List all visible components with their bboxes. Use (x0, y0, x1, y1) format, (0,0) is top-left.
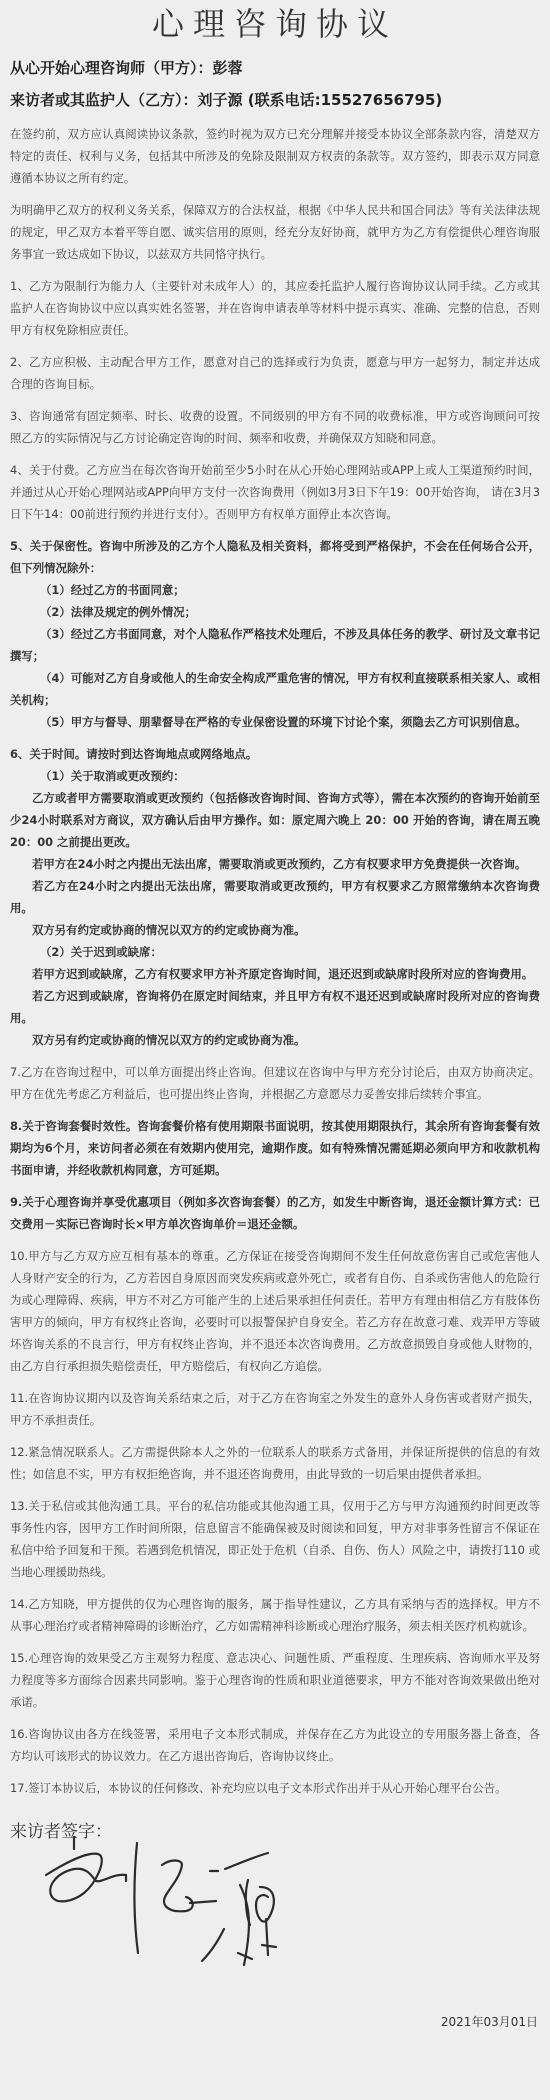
clause-6: 6、关于时间。请按时到达咨询地点或网络地点。 （1）关于取消或更改预约： 乙方或… (10, 743, 540, 1051)
clause-1: 1、乙方为限制行为能力人（主要针对未成年人）的，其应委托监护人履行咨询协议认同手… (10, 275, 540, 341)
clause-4: 4、关于付费。乙方应当在每次咨询开始前至少5小时在从心开始心理网站或APP上或人… (10, 459, 540, 525)
clause-5-lead: 5、关于保密性。咨询中所涉及的乙方个人隐私及相关资料，都将受到严格保护，不会在任… (10, 535, 540, 579)
agreement-page: 心理咨询协议 从心开始心理咨询师（甲方）：彭蓉 来访者或其监护人（乙方）：刘子源… (0, 0, 550, 2100)
clause-6-sub1-line: 若甲方在24小时之内提出无法出席，需要取消或更改预约，乙方有权要求甲方免费提供一… (10, 853, 540, 875)
clause-2: 2、乙方应积极、主动配合甲方工作，愿意对自己的选择或行为负责，愿意与甲方一起努力… (10, 351, 540, 395)
clause-6-sub1-title: （1）关于取消或更改预约： (10, 765, 540, 787)
clause-6-sub1-line: 双方另有约定或协商的情况以双方的约定或协商为准。 (10, 919, 540, 941)
clause-13: 13.关于私信或其他沟通工具。平台的私信功能或其他沟通工具，仅用于乙方与甲方沟通… (10, 1495, 540, 1583)
clause-5-item: （2）法律及规定的例外情况； (10, 601, 540, 623)
clause-5-item: （1）经过乙方的书面同意； (10, 579, 540, 601)
clause-5-item: （3）经过乙方书面同意，对个人隐私作严格技术处理后，不涉及具体任务的教学、研讨及… (10, 623, 540, 667)
clause-3: 3、咨询通常有固定频率、时长、收费的设置。不同级别的甲方有不同的收费标准，甲方或… (10, 405, 540, 449)
intro-paragraph: 在签约前，双方应认真阅读协议条款，签约时视为双方已充分理解并接受本协议全部条款内… (10, 123, 540, 189)
clause-17: 17.签订本协议后，本协议的任何修改、补充均应以电子文本形式作出并于从心开始心理… (10, 1777, 540, 1799)
clause-6-lead: 6、关于时间。请按时到达咨询地点或网络地点。 (10, 743, 540, 765)
clause-7: 7.乙方在咨询过程中，可以单方面提出终止咨询。但建议在咨询中与甲方充分讨论后，由… (10, 1061, 540, 1105)
clause-8: 8.关于咨询套餐时效性。咨询套餐价格有使用期限书面说明，按其使用期限执行，其余所… (10, 1115, 540, 1181)
intro-paragraph: 为明确甲乙双方的权利义务关系，保障双方的合法权益，根据《中华人民共和国合同法》等… (10, 199, 540, 265)
clause-12: 12.紧急情况联系人。乙方需提供除本人之外的一位联系人的联系方式备用，并保证所提… (10, 1441, 540, 1485)
clause-6-sub1-line: 乙方或者甲方需要取消或更改预约（包括修改咨询时间、咨询方式等），需在本次预约的咨… (10, 787, 540, 853)
clause-6-sub2-line: 若甲方迟到或缺席，乙方有权要求甲方补齐原定咨询时间，退还迟到或缺席时段所对应的咨… (10, 963, 540, 985)
clause-6-sub2-line: 若乙方迟到或缺席，咨询将仍在原定时间结束，并且甲方有权不退还迟到或缺席时段所对应… (10, 985, 540, 1029)
handwritten-signature (40, 1835, 300, 1995)
clause-14: 14.乙方知晓，甲方提供的仅为心理咨询的服务，属于指导性建议，乙方具有采纳与否的… (10, 1593, 540, 1637)
clause-6-sub2-title: （2）关于迟到或缺席： (10, 941, 540, 963)
signing-date: 2021年03月01日 (441, 2013, 538, 2030)
agreement-body: 在签约前，双方应认真阅读协议条款，签约时视为双方已充分理解并接受本协议全部条款内… (0, 123, 550, 1799)
clause-9: 9.关于心理咨询并享受优惠项目（例如多次咨询套餐）的乙方，如发生中断咨询，退还金… (10, 1191, 540, 1235)
clause-11: 11.在咨询协议期内以及咨询关系结束之后，对于乙方在咨询室之外发生的意外人身伤害… (10, 1387, 540, 1431)
party-a: 从心开始心理咨询师（甲方）：彭蓉 (0, 58, 550, 78)
clause-6-sub2-line: 双方另有约定或协商的情况以双方的约定或协商为准。 (10, 1029, 540, 1051)
clause-6-sub1-line: 若乙方在24小时之内提出无法出席，需要取消或更改预约，甲方有权要求乙方照常缴纳本… (10, 875, 540, 919)
party-b: 来访者或其监护人（乙方）：刘子源 (联系电话:15527656795) (0, 90, 550, 110)
clause-10: 10.甲方与乙方双方应互相有基本的尊重。乙方保证在接受咨询期间不发生任何故意伤害… (10, 1245, 540, 1377)
clause-16: 16.咨询协议由各方在线签署，采用电子文本形式制成，并保存在乙方为此设立的专用服… (10, 1723, 540, 1767)
clause-15: 15.心理咨询的效果受乙方主观努力程度、意志决心、问题性质、严重程度、生理疾病、… (10, 1647, 540, 1713)
clause-5: 5、关于保密性。咨询中所涉及的乙方个人隐私及相关资料，都将受到严格保护，不会在任… (10, 535, 540, 733)
clause-5-item: （5）甲方与督导、朋辈督导在严格的专业保密设置的环境下讨论个案，须隐去乙方可识别… (10, 711, 540, 733)
page-title: 心理咨询协议 (0, 0, 550, 44)
clause-5-item: （4）可能对乙方自身或他人的生命安全构成严重危害的情况，甲方有权利直接联系相关家… (10, 667, 540, 711)
